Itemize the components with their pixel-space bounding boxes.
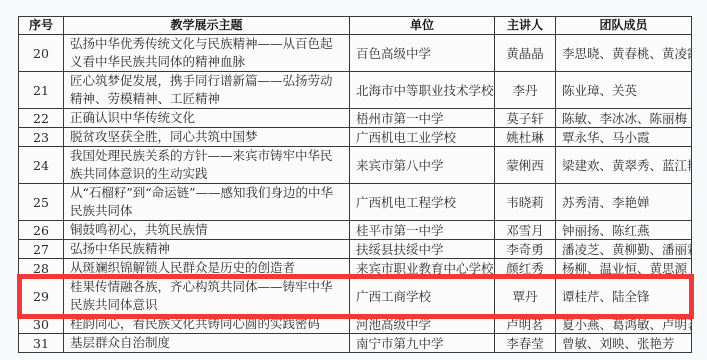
cell-unit: 南宁市第九中学: [350, 334, 495, 353]
cell-num: 20: [19, 35, 64, 72]
cell-num: 28: [19, 259, 64, 278]
cell-speaker: 李丹: [495, 72, 556, 109]
cell-speaker: 姚杜琳: [495, 128, 556, 147]
cell-topic: 弘扬中华优秀传统文化与民族精神——从百色起义看中华民族共同体的精神血脉: [64, 35, 350, 72]
cell-num: 21: [19, 72, 64, 109]
header-topic: 教学展示主题: [64, 17, 350, 35]
cell-num: 24: [19, 147, 64, 184]
cell-team: 覃永华、马小霞: [556, 128, 692, 147]
cell-topic: 桂韵同心，看民族文化共铸同心圆的实践密码: [64, 315, 350, 334]
cell-team: 夏小燕、葛鸿敏、卢明茗: [556, 315, 692, 334]
cell-team: 梁建欢、黄翠秀、蓝江艳: [556, 147, 692, 184]
cell-speaker: 邓雪月: [495, 221, 556, 240]
cell-team: 陈敏、李冰冰、陈丽梅: [556, 109, 692, 128]
cell-topic: 从“石榴籽”到“命运链”——感知我们身边的中华民族共同体: [64, 184, 350, 221]
cell-speaker: 覃丹: [495, 278, 556, 315]
cell-unit: 来宾市第八中学: [350, 147, 495, 184]
table-row: 22 正确认识中华传统文化 梧州市第一中学 莫子轩 陈敏、李冰冰、陈丽梅: [19, 109, 692, 128]
header-num: 序号: [19, 17, 64, 35]
cell-team: 杨柳、温业恒、黄思源: [556, 259, 692, 278]
cell-topic: 基层群众自治制度: [64, 334, 350, 353]
cell-unit: 广西工商学校: [350, 278, 495, 315]
cell-unit: 北海市中等职业技术学校: [350, 72, 495, 109]
cell-num: 27: [19, 240, 64, 259]
cell-unit: 广西机电工程学校: [350, 184, 495, 221]
cell-speaker: 蒙俐西: [495, 147, 556, 184]
table-row: 27 弘扬中华民族精神 扶绥县扶绥中学 李奇勇 潘凌芝、黄柳勤、潘丽彩: [19, 240, 692, 259]
header-unit: 单位: [350, 17, 495, 35]
header-team: 团队成员: [556, 17, 692, 35]
cell-unit: 桂平市第一中学: [350, 221, 495, 240]
table-row: 21 匠心筑梦促发展，携手同行谱新篇——弘扬劳动精神、劳模精神、工匠精神 北海市…: [19, 72, 692, 109]
cell-topic: 铜鼓鸣初心，共筑民族情: [64, 221, 350, 240]
cell-speaker: 卢明茗: [495, 315, 556, 334]
cell-speaker: 黄晶晶: [495, 35, 556, 72]
cell-team: 苏秀清、李艳婵: [556, 184, 692, 221]
presentation-roster-table: 序号 教学展示主题 单位 主讲人 团队成员 20 弘扬中华优秀传统文化与民族精神…: [18, 16, 692, 353]
cell-topic: 桂果传情融各族，齐心构筑共同体——铸牢中华民族共同体意识: [64, 278, 350, 315]
cell-team: 李思晓、黄春桃、黄凌霞: [556, 35, 692, 72]
table-header-row: 序号 教学展示主题 单位 主讲人 团队成员: [19, 17, 692, 35]
cell-num: 29: [19, 278, 64, 315]
table-row-highlighted: 29 桂果传情融各族，齐心构筑共同体——铸牢中华民族共同体意识 广西工商学校 覃…: [19, 278, 692, 315]
cell-speaker: 莫子轩: [495, 109, 556, 128]
cell-team: 钟丽扬、陈红燕: [556, 221, 692, 240]
cell-team: 潘凌芝、黄柳勤、潘丽彩: [556, 240, 692, 259]
document-page: 序号 教学展示主题 单位 主讲人 团队成员 20 弘扬中华优秀传统文化与民族精神…: [0, 0, 707, 360]
cell-unit: 河池高级中学: [350, 315, 495, 334]
cell-topic: 匠心筑梦促发展，携手同行谱新篇——弘扬劳动精神、劳模精神、工匠精神: [64, 72, 350, 109]
cell-num: 22: [19, 109, 64, 128]
cell-speaker: 李春莹: [495, 334, 556, 353]
cell-speaker: 李奇勇: [495, 240, 556, 259]
table-row: 28 从斑斓织锦解锁人民群众是历史的创造者 来宾市职业教育中心学校 颜红秀 杨柳…: [19, 259, 692, 278]
table-row: 20 弘扬中华优秀传统文化与民族精神——从百色起义看中华民族共同体的精神血脉 百…: [19, 35, 692, 72]
table-row: 24 我国处理民族关系的方针——来宾市铸牢中华民族共同体意识的生动实践 来宾市第…: [19, 147, 692, 184]
cell-team: 陈业璋、关英: [556, 72, 692, 109]
cell-topic: 正确认识中华传统文化: [64, 109, 350, 128]
cell-unit: 来宾市职业教育中心学校: [350, 259, 495, 278]
cell-team: 曾敏、刘映、张艳芳: [556, 334, 692, 353]
cell-speaker: 韦晓莉: [495, 184, 556, 221]
cell-unit: 扶绥县扶绥中学: [350, 240, 495, 259]
cell-num: 26: [19, 221, 64, 240]
table-row: 30 桂韵同心，看民族文化共铸同心圆的实践密码 河池高级中学 卢明茗 夏小燕、葛…: [19, 315, 692, 334]
cell-unit: 广西机电工业学校: [350, 128, 495, 147]
cell-num: 25: [19, 184, 64, 221]
cell-topic: 脱贫攻坚获全胜，同心共筑中国梦: [64, 128, 350, 147]
cell-unit: 梧州市第一中学: [350, 109, 495, 128]
cell-num: 30: [19, 315, 64, 334]
cell-speaker: 颜红秀: [495, 259, 556, 278]
table-row: 26 铜鼓鸣初心，共筑民族情 桂平市第一中学 邓雪月 钟丽扬、陈红燕: [19, 221, 692, 240]
cell-num: 31: [19, 334, 64, 353]
cell-unit: 百色高级中学: [350, 35, 495, 72]
table-row: 23 脱贫攻坚获全胜，同心共筑中国梦 广西机电工业学校 姚杜琳 覃永华、马小霞: [19, 128, 692, 147]
cell-team: 谭桂芹、陆全锋: [556, 278, 692, 315]
table-row: 31 基层群众自治制度 南宁市第九中学 李春莹 曾敏、刘映、张艳芳: [19, 334, 692, 353]
header-speaker: 主讲人: [495, 17, 556, 35]
cell-topic: 我国处理民族关系的方针——来宾市铸牢中华民族共同体意识的生动实践: [64, 147, 350, 184]
table-row: 25 从“石榴籽”到“命运链”——感知我们身边的中华民族共同体 广西机电工程学校…: [19, 184, 692, 221]
cell-num: 23: [19, 128, 64, 147]
cell-topic: 从斑斓织锦解锁人民群众是历史的创造者: [64, 259, 350, 278]
cell-topic: 弘扬中华民族精神: [64, 240, 350, 259]
